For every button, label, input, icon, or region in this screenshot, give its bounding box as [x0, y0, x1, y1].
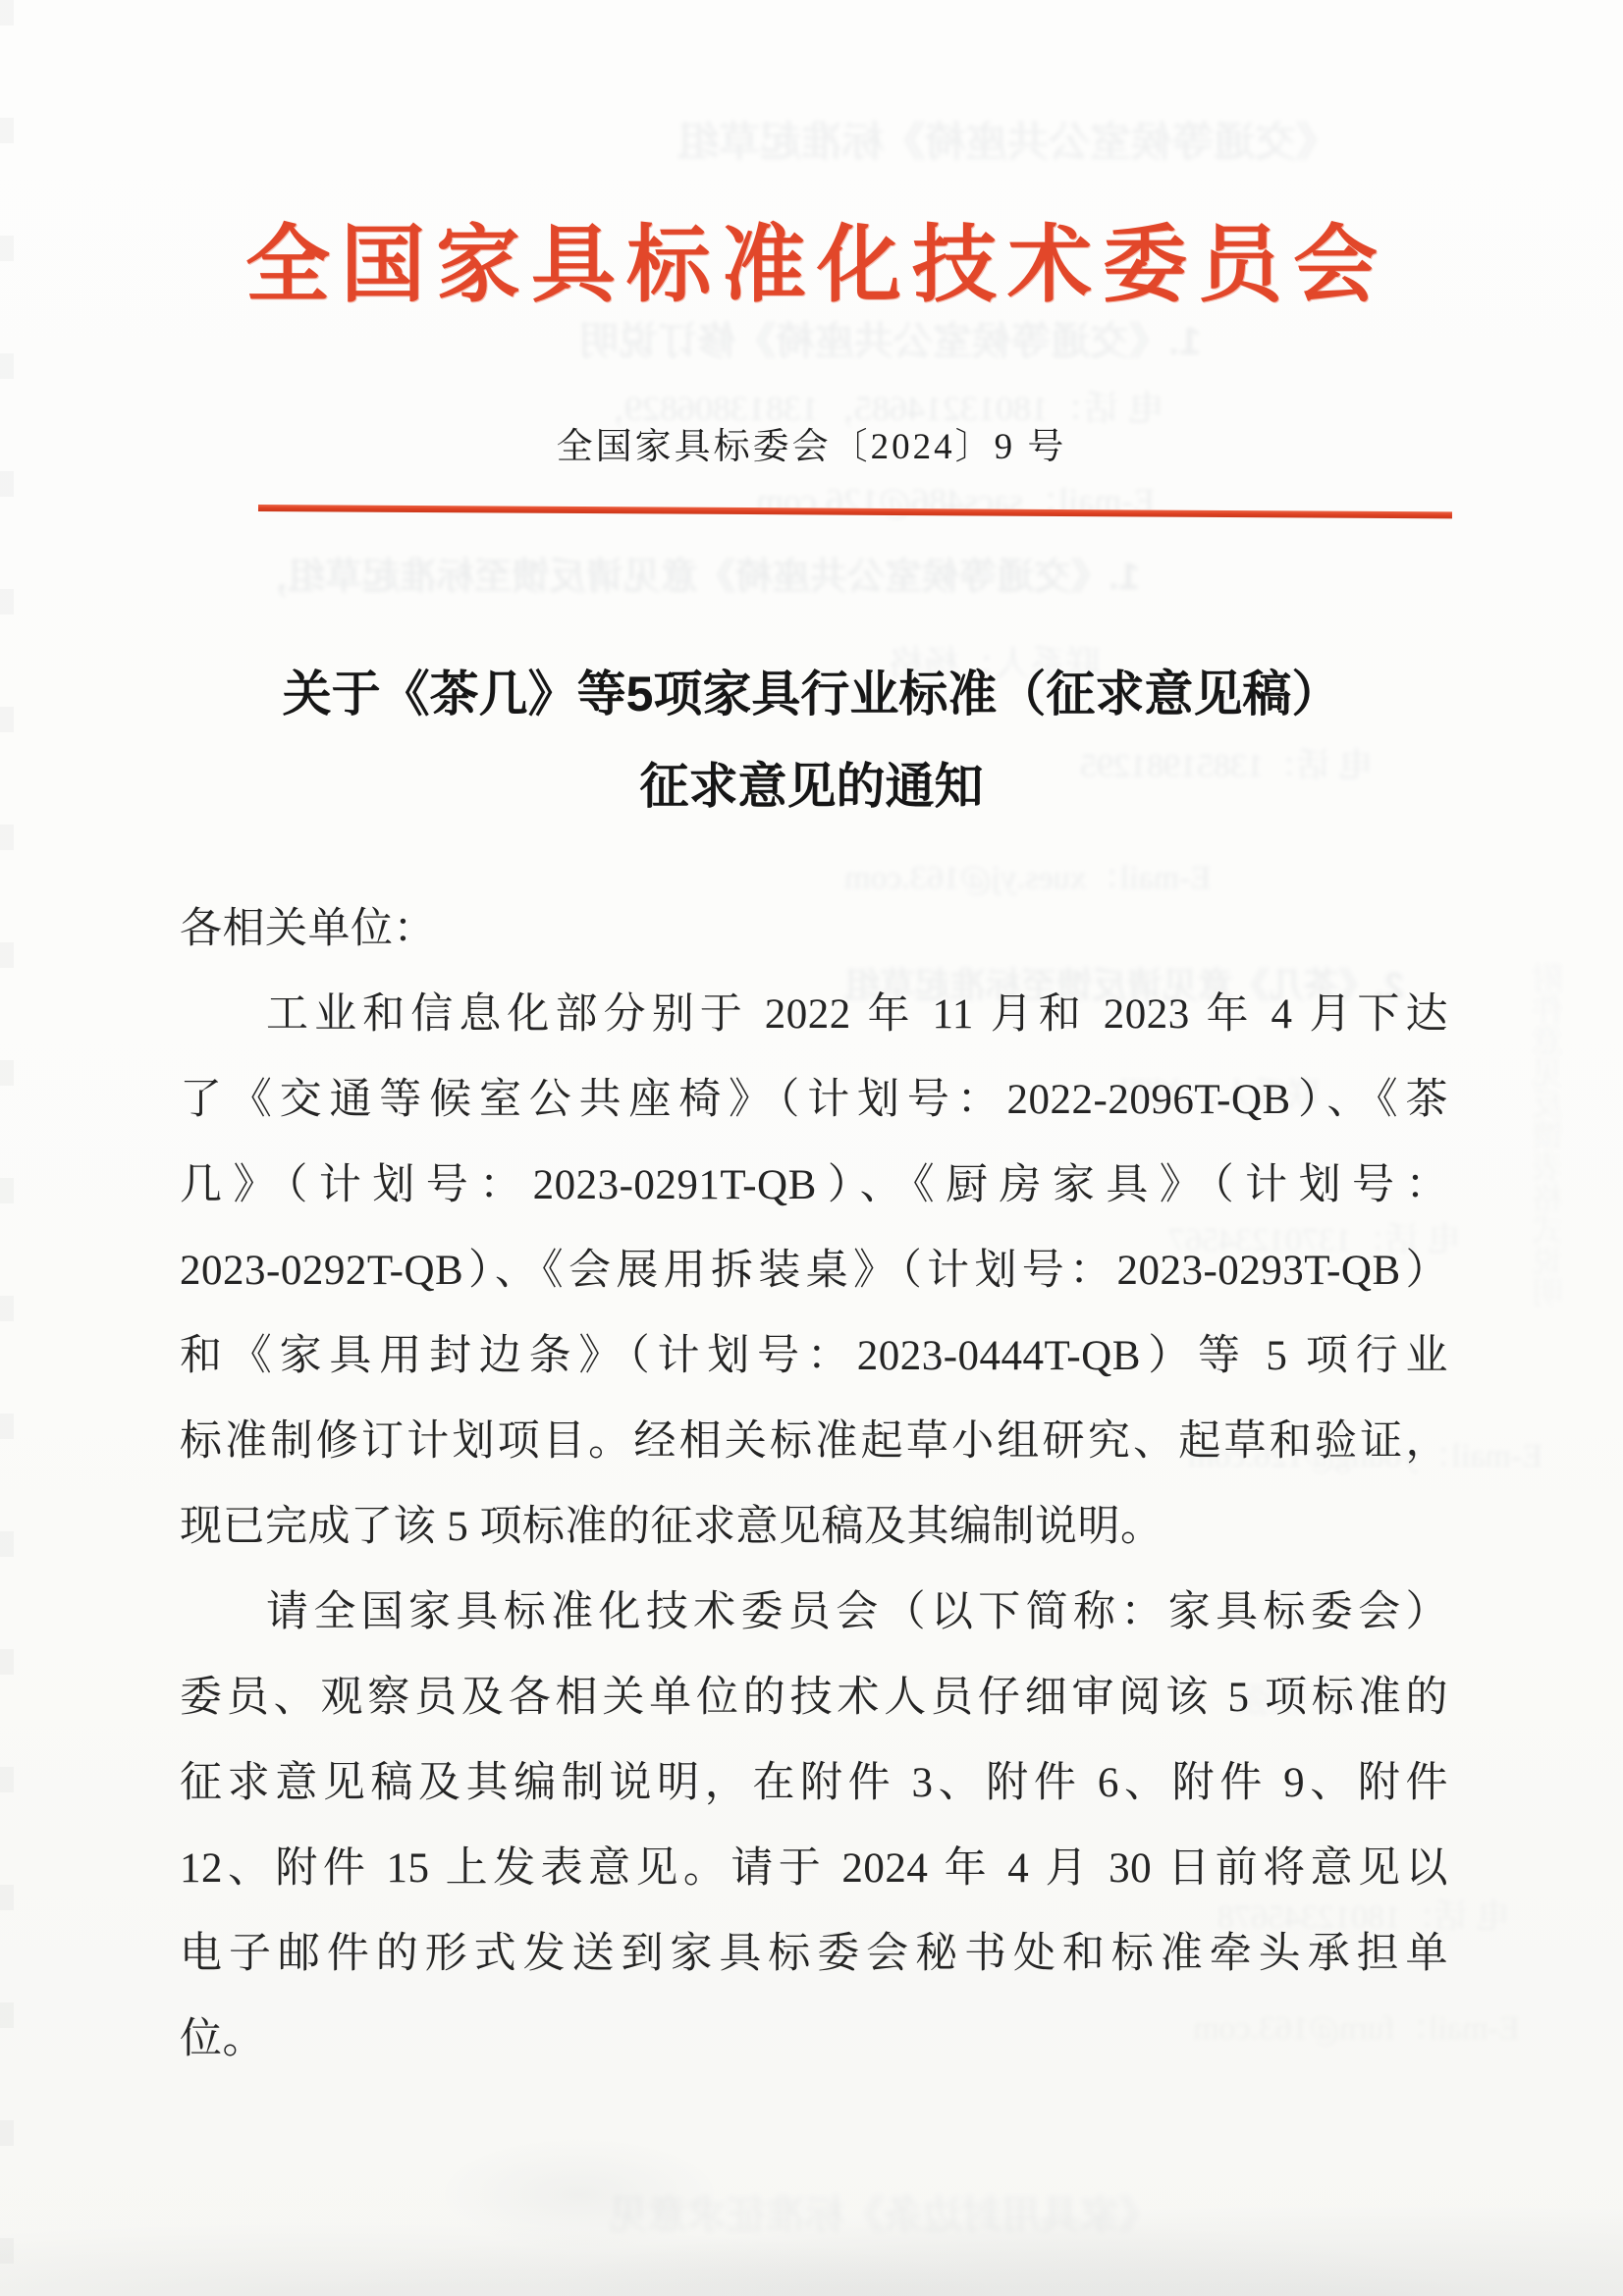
body-line: 了《交通等候室公共座椅》（计划号：2022-2096T-QB）、《茶: [180, 1057, 1448, 1143]
body-line: 位。: [180, 1997, 1448, 2082]
body-line: 和《家具用封边条》（计划号：2023-0444T-QB）等 5 项行业: [180, 1313, 1448, 1399]
body-line: 电子邮件的形式发送到家具标委会秘书处和标准牵头承担单: [180, 1911, 1448, 1997]
body-line: 请全国家具标准化技术委员会（以下简称：家具标委会）: [180, 1570, 1448, 1655]
organization-title: 全国家具标准化技术委员会: [0, 196, 1623, 318]
body-line-salutation: 各相关单位：: [180, 886, 1448, 972]
notice-title-line2: 征求意见的通知: [0, 740, 1623, 832]
bleedthrough-line: 《交通等候室公共座椅》标准起草组: [677, 110, 1337, 169]
document-number: 全国家具标委会〔2024〕9 号: [0, 416, 1623, 469]
body-line: 征求意见稿及其编制说明，在附件 3、附件 6、附件 9、附件: [180, 1740, 1448, 1826]
body-line: 几》（计划号：2023-0291T-QB）、《厨房家具》（计划号：: [180, 1143, 1448, 1228]
body-line: 标准制修订计划项目。经相关标准起草小组研究、起草和验证，: [180, 1399, 1448, 1484]
notice-title-line1: 关于《茶几》等5项家具行业标准（征求意见稿）: [0, 648, 1623, 740]
body-line: 2023-0292T-QB）、《会展用拆装桌》（计划号：2023-0293T-Q…: [180, 1228, 1448, 1313]
scan-smudge-artifact: [0, 2208, 1623, 2296]
notice-title: 关于《茶几》等5项家具行业标准（征求意见稿） 征求意见的通知: [0, 648, 1623, 832]
scanned-document-page: { "page": { "background": "#fbfbf9", "ac…: [0, 0, 1623, 2296]
bleedthrough-line: 1.《交通等候室公共座椅》修订说明: [579, 310, 1201, 366]
bleedthrough-line: 附件意见反馈表格式说明: [1527, 962, 1572, 1590]
body-line: 现已完成了该 5 项标准的征求意见稿及其编制说明。: [180, 1484, 1448, 1570]
body-line: 委员、观察员及各相关单位的技术人员仔细审阅该 5 项标准的: [180, 1655, 1448, 1740]
body-line: 12、附件 15 上发表意见。请于 2024 年 4 月 30 日前将意见以: [180, 1826, 1448, 1911]
bleedthrough-line: 1.《交通等候室公共座椅》意见请反馈至标准起草组，: [250, 546, 1140, 600]
scan-edge-artifact: [0, 0, 14, 2296]
paper-background: 《交通等候室公共座椅》标准起草组 1.《交通等候室公共座椅》修订说明 电 话：1…: [0, 0, 1623, 2296]
notice-body: 各相关单位： 工业和信息化部分别于 2022 年 11 月和 2023 年 4 …: [180, 886, 1448, 2082]
scan-smudge-artifact: [373, 2110, 785, 2277]
body-line: 工业和信息化部分别于 2022 年 11 月和 2023 年 4 月下达: [180, 972, 1448, 1057]
